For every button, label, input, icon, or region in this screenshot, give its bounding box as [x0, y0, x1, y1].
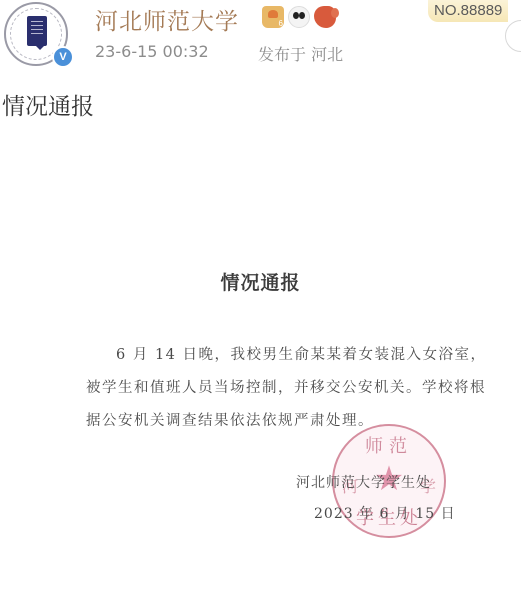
post-timestamp: 23-6-15 00:32: [95, 42, 209, 61]
seal-top-text: 师范: [334, 432, 444, 458]
verified-badge-icon: V: [52, 46, 74, 68]
crown-fan-badge-icon[interactable]: [262, 6, 284, 28]
emblem-lines: [31, 21, 43, 37]
document-title: 情况通报: [0, 268, 521, 295]
post-location: 发布于 河北: [258, 42, 343, 65]
document-body: 6 月 14 日晚，我校男生俞某某着女装混入女浴室，被学生和值班人员当场控制，并…: [86, 339, 496, 438]
koi-fish-badge-icon[interactable]: [314, 6, 336, 28]
panda-badge-icon[interactable]: [288, 6, 310, 28]
author-name[interactable]: 河北师范大学: [95, 3, 239, 36]
signature-date: 2023 年 6 月 15 日: [314, 503, 456, 523]
fan-rank-badge[interactable]: NO.88889: [428, 0, 508, 22]
attached-document-image[interactable]: 情况通报 6 月 14 日晚，我校男生俞某某着女装混入女浴室，被学生和值班人员当…: [0, 120, 521, 596]
signature-organization: 河北师范大学学生处: [296, 472, 431, 492]
post-header: V 河北师范大学 23-6-15 00:32 发布于 河北 NO.88889: [0, 0, 521, 80]
follow-button-edge[interactable]: [505, 20, 521, 52]
author-badges: [262, 6, 336, 28]
university-emblem-icon: [27, 16, 47, 46]
post-text: 情况通报: [2, 88, 94, 121]
